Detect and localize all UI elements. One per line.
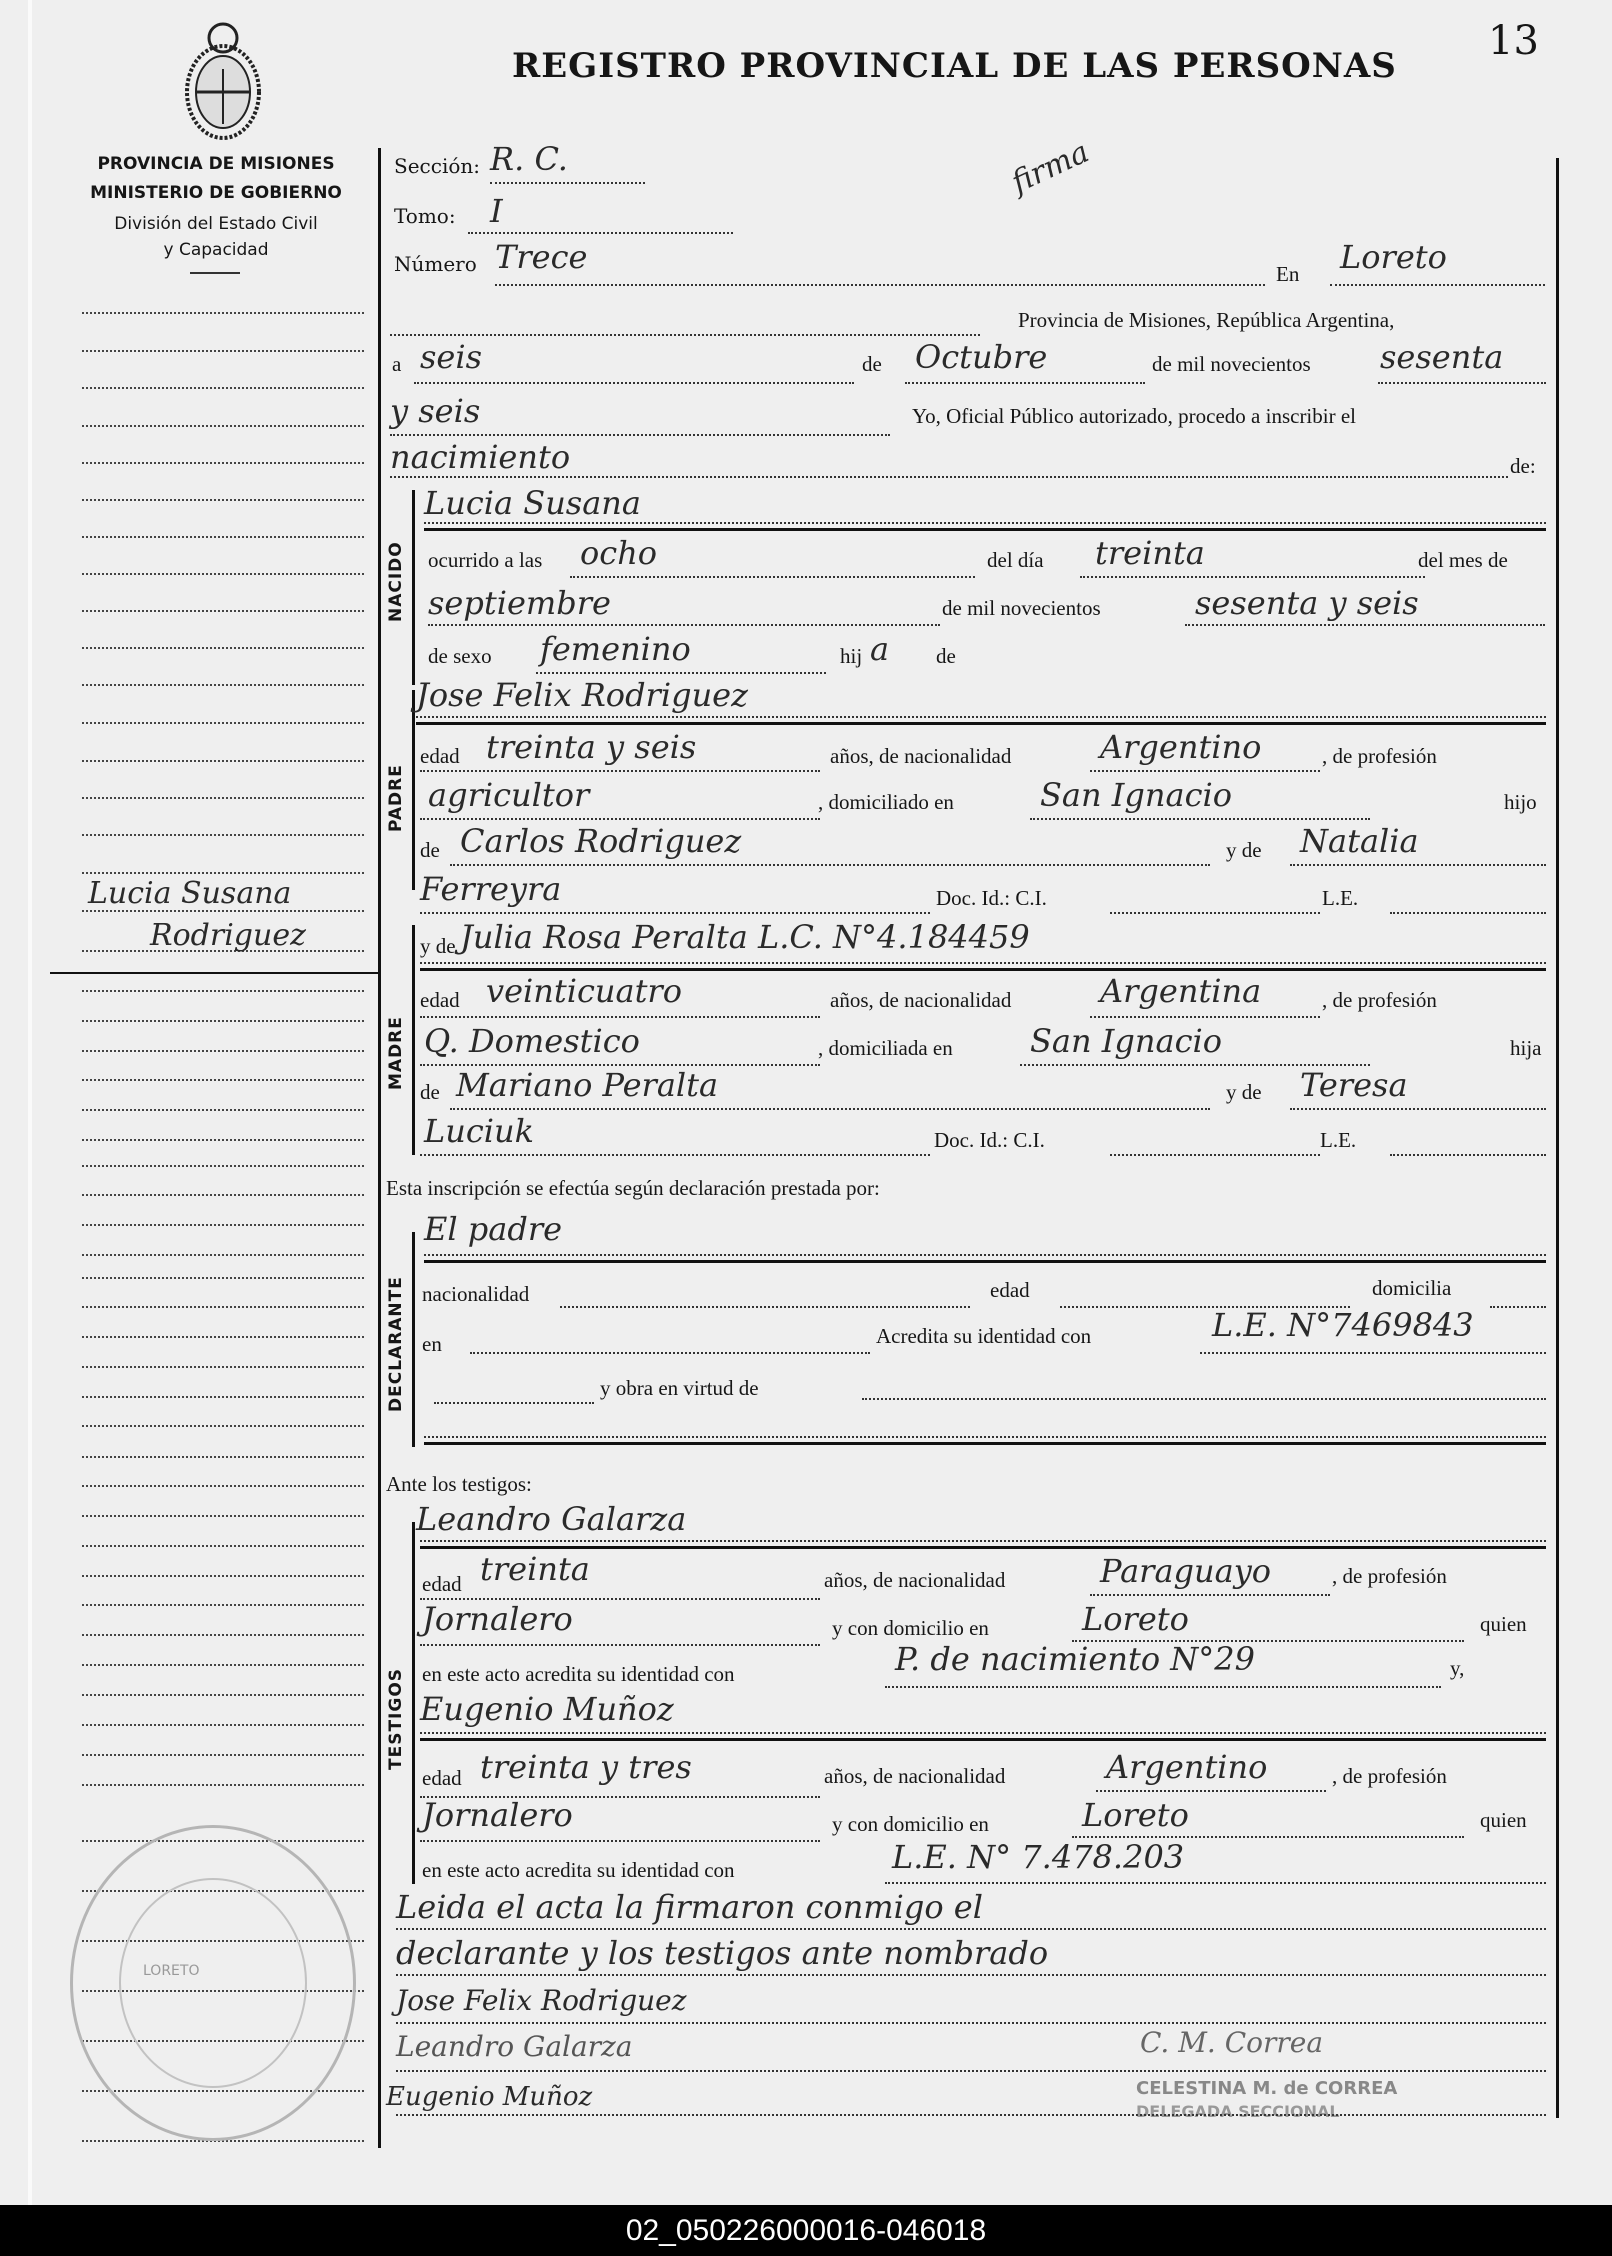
divider: [420, 968, 1546, 971]
seccion-value[interactable]: R. C.: [490, 140, 568, 178]
declarante-obra-label: y obra en virtud de: [600, 1376, 759, 1401]
field-line: [1090, 1594, 1330, 1596]
margin-line: [82, 1306, 364, 1308]
day-value[interactable]: seis: [420, 338, 482, 376]
field-line: [420, 1644, 820, 1646]
field-line: [1290, 1108, 1546, 1110]
section-label-nacido: NACIDO: [386, 541, 406, 622]
witness-1-name-value[interactable]: Leandro Galarza: [416, 1500, 686, 1538]
section-bar: [412, 1232, 415, 1447]
madre-profesion-value[interactable]: Q. Domestico: [424, 1022, 640, 1060]
right-frame-line: [1556, 158, 1559, 2118]
divider: [420, 1546, 1546, 1549]
margin-line: [82, 1634, 364, 1636]
document-title: REGISTRO PROVINCIAL DE LAS PERSONAS: [512, 46, 1397, 86]
field-line: [420, 912, 930, 914]
margin-line: [82, 1277, 364, 1279]
provincia-text: Provincia de Misiones, República Argenti…: [1018, 308, 1394, 333]
padre-profesion-label: , de profesión: [1322, 744, 1437, 769]
mil-label: de mil novecientos: [1152, 352, 1311, 377]
field-line: [1090, 770, 1320, 772]
witness-1-acredita-label: en este acto acredita su identidad con: [422, 1662, 735, 1687]
padre-y-de-label: y de: [1226, 838, 1262, 863]
madre-madre-value-2[interactable]: Luciuk: [424, 1112, 534, 1150]
margin-line: [82, 872, 364, 874]
field-line: [424, 1436, 1546, 1438]
field-line: [434, 1402, 594, 1404]
padre-de-label: de: [420, 838, 440, 863]
witness-2-nacionalidad-value[interactable]: Argentino: [1106, 1748, 1267, 1786]
madre-le-label: L.E.: [1320, 1128, 1356, 1153]
padre-doc-label: Doc. Id.: C.I.: [936, 886, 1047, 911]
madre-domicilio-label: , domiciliada en: [818, 1036, 953, 1061]
witness-1-edad-label: edad: [422, 1572, 462, 1597]
field-line: [495, 284, 1265, 286]
margin-line: [82, 387, 364, 389]
document-page: REGISTRO PROVINCIAL DE LAS PERSONAS 13 P…: [0, 0, 1612, 2205]
field-line: [390, 334, 980, 336]
margin-line: [82, 1366, 364, 1368]
en-value[interactable]: Loreto: [1340, 238, 1447, 276]
padre-hijo-label: hijo: [1504, 790, 1537, 815]
margin-line: [82, 610, 364, 612]
testigos-intro: Ante los testigos:: [386, 1472, 532, 1497]
margin-line: [82, 1515, 364, 1517]
section-label-testigos: TESTIGOS: [386, 1668, 406, 1770]
de-label: de: [862, 352, 882, 377]
madre-madre-value-1[interactable]: Teresa: [1300, 1066, 1408, 1104]
margin-line: [82, 499, 364, 501]
declarante-en-label: en: [422, 1332, 442, 1357]
margin-line: [82, 990, 364, 992]
field-line: [1080, 576, 1425, 578]
margin-line: [82, 1724, 364, 1726]
divider: [190, 272, 240, 274]
padre-profesion-value[interactable]: agricultor: [428, 776, 589, 814]
section-bar: [412, 925, 415, 1155]
madre-edad-label: edad: [420, 988, 460, 1013]
month-born-value[interactable]: septiembre: [428, 584, 611, 622]
margin-line: [82, 1224, 364, 1226]
field-line: [1390, 912, 1546, 914]
madre-edad-value[interactable]: veinticuatro: [486, 972, 682, 1010]
witness-1-domicilio-value[interactable]: Loreto: [1082, 1600, 1189, 1638]
declarante-domicilia-label: domicilia: [1372, 1276, 1451, 1301]
field-line: [390, 476, 1508, 478]
field-line: [450, 1108, 1210, 1110]
margin-line: [82, 1425, 364, 1427]
signature-witness-2: Eugenio Muñoz: [386, 2082, 592, 2112]
field-line: [468, 232, 733, 234]
official-stamp-name: CELESTINA M. de CORREA: [1136, 2078, 1397, 2099]
witness-1-profesion-value[interactable]: Jornalero: [422, 1600, 573, 1638]
field-line: [1110, 912, 1320, 914]
field-line: [396, 2114, 1546, 2116]
month-value[interactable]: Octubre: [915, 338, 1047, 376]
section-label-madre: MADRE: [386, 1016, 406, 1090]
divider: [424, 528, 1546, 531]
tomo-value[interactable]: I: [490, 192, 503, 230]
madre-de-label: de: [420, 1080, 440, 1105]
nacido-name-value[interactable]: Lucia Susana: [424, 484, 641, 522]
official-stamp-title: DELEGADA SECCIONAL: [1136, 2102, 1340, 2121]
hij-label: hij: [840, 644, 862, 669]
margin-line: [82, 1336, 364, 1338]
en-label: En: [1276, 262, 1299, 287]
madre-nacionalidad-value[interactable]: Argentina: [1100, 972, 1261, 1010]
padre-padre-value[interactable]: Carlos Rodriguez: [460, 822, 741, 860]
witness-2-domicilio-label: y con domicilio en: [832, 1812, 989, 1837]
witness-1-edad-value[interactable]: treinta: [480, 1550, 590, 1588]
padre-le-label: L.E.: [1322, 886, 1358, 911]
seal-inner-ring: [119, 1878, 307, 2088]
madre-hija-label: hija: [1510, 1036, 1542, 1061]
sexo-value[interactable]: femenino: [540, 630, 691, 668]
field-line: [1185, 624, 1545, 626]
padre-madre-value-1[interactable]: Natalia: [1300, 822, 1419, 860]
field-line: [420, 818, 820, 820]
witness-2-name-value[interactable]: Eugenio Muñoz: [420, 1690, 674, 1728]
margin-divider: [50, 972, 378, 974]
madre-name-value[interactable]: Julia Rosa Peralta L.C. N°4.184459: [460, 918, 1030, 956]
declarante-name-value[interactable]: El padre: [424, 1210, 562, 1248]
margin-line: [82, 462, 364, 464]
field-line: [885, 1686, 1441, 1688]
field-line: [862, 1398, 1546, 1400]
document-id-footer: 02_050226000016-046018: [0, 2205, 1612, 2256]
margin-line: [82, 722, 364, 724]
de-colon: de:: [1510, 454, 1536, 479]
margin-line: [82, 1485, 364, 1487]
padre-edad-label: edad: [420, 744, 460, 769]
margin-line: [82, 1396, 364, 1398]
year-value-2[interactable]: y seis: [390, 392, 480, 430]
margin-line: [82, 1020, 364, 1022]
field-line: [420, 1840, 820, 1842]
tomo-label: Tomo:: [394, 204, 456, 228]
hij-suffix[interactable]: a: [870, 630, 889, 668]
field-line: [414, 382, 854, 384]
signature-official: C. M. Correa: [1140, 2026, 1323, 2059]
declarante-nacionalidad-label: nacionalidad: [422, 1282, 529, 1307]
mil-label: de mil novecientos: [942, 596, 1101, 621]
hour-value[interactable]: ocho: [580, 534, 657, 572]
field-line: [490, 182, 645, 184]
margin-line: [82, 1254, 364, 1256]
field-line: [1490, 1306, 1546, 1308]
field-line: [1290, 864, 1546, 866]
numero-label: Número: [394, 252, 477, 276]
field-line: [420, 1732, 1546, 1734]
sexo-label: de sexo: [428, 644, 492, 669]
declarante-acredita-value[interactable]: L.E. N°7469843: [1212, 1306, 1474, 1344]
divider: [424, 1260, 1546, 1263]
field-line: [396, 2022, 1546, 2024]
margin-line: [82, 1079, 364, 1081]
margin-line: [82, 647, 364, 649]
padre-edad-value[interactable]: treinta y seis: [486, 728, 696, 766]
divider: [416, 722, 1546, 725]
field-line: [1096, 1790, 1326, 1792]
institution-line-3: División del Estado Civil: [66, 214, 366, 234]
margin-line: [82, 1545, 364, 1547]
field-line: [536, 672, 826, 674]
field-line: [424, 1254, 1546, 1256]
day-born-value[interactable]: treinta: [1095, 534, 1205, 572]
madre-doc-label: Doc. Id.: C.I.: [934, 1128, 1045, 1153]
margin-line: [82, 1050, 364, 1052]
institution-line-4: y Capacidad: [66, 240, 366, 260]
field-line: [420, 1154, 930, 1156]
padre-name-value[interactable]: Jose Felix Rodriguez: [416, 676, 748, 714]
field-line: [1030, 818, 1370, 820]
padre-nacionalidad-value[interactable]: Argentino: [1100, 728, 1261, 766]
margin-line: [82, 760, 364, 762]
margin-line: [82, 1575, 364, 1577]
witness-2-edad-label: edad: [422, 1766, 462, 1791]
declarante-intro: Esta inscripción se efectúa según declar…: [386, 1176, 880, 1201]
section-bar: [412, 690, 415, 890]
closing-line-2[interactable]: declarante y los testigos ante nombrado: [396, 1934, 1048, 1972]
witness-2-anos-label: años, de nacionalidad: [824, 1764, 1005, 1789]
field-line: [570, 576, 975, 578]
year-value-1[interactable]: sesenta: [1380, 338, 1503, 376]
padre-domicilio-value[interactable]: San Ignacio: [1040, 776, 1232, 814]
margin-line: [82, 1604, 364, 1606]
margin-line: [82, 1754, 364, 1756]
witness-1-acredita-value[interactable]: P. de nacimiento N°29: [895, 1640, 1255, 1678]
divider: [424, 1442, 1546, 1445]
madre-profesion-label: , de profesión: [1322, 988, 1437, 1013]
numero-value[interactable]: Trece: [495, 238, 587, 276]
yo-text: Yo, Oficial Público autorizado, procedo …: [912, 404, 1356, 429]
de-label: de: [936, 644, 956, 669]
a-label: a: [392, 352, 401, 377]
field-line: [390, 434, 890, 436]
field-line: [428, 624, 940, 626]
margin-note-line-1: Lucia Susana: [88, 876, 291, 911]
witness-2-domicilio-value[interactable]: Loreto: [1082, 1796, 1189, 1834]
witness-1-nacionalidad-value[interactable]: Paraguayo: [1100, 1552, 1271, 1590]
margin-note-line-2: Rodriguez: [150, 918, 306, 953]
field-line: [1090, 1016, 1320, 1018]
field-line: [470, 1352, 870, 1354]
margin-line: [82, 1194, 364, 1196]
section-bar: [412, 490, 415, 685]
witness-1-domicilio-label: y con domicilio en: [832, 1616, 989, 1641]
field-line: [420, 962, 1546, 964]
margin-line: [82, 1139, 364, 1141]
signature-witness-1: Leandro Galarza: [396, 2030, 633, 2063]
madre-domicilio-value[interactable]: San Ignacio: [1030, 1022, 1222, 1060]
witness-2-quien-label: quien: [1480, 1808, 1527, 1833]
del-dia-label: del día: [987, 548, 1044, 573]
field-line: [1200, 1352, 1546, 1354]
margin-line: [82, 350, 364, 352]
field-line: [1378, 382, 1546, 384]
margin-line: [82, 1664, 364, 1666]
field-line: [1110, 1154, 1320, 1156]
year-born-value[interactable]: sesenta y seis: [1195, 584, 1419, 622]
coat-of-arms-icon: [180, 14, 266, 142]
field-line: [396, 1928, 1546, 1930]
field-line: [396, 1974, 1546, 1976]
closing-line-1[interactable]: Leida el acta la firmaron conmigo el: [396, 1888, 983, 1926]
field-line: [416, 716, 1546, 718]
margin-line: [82, 1456, 364, 1458]
margin-line: [82, 834, 364, 836]
madre-y-de-label: y de: [420, 934, 456, 959]
padre-anos-label: años, de nacionalidad: [830, 744, 1011, 769]
field-line: [420, 770, 820, 772]
padre-madre-value-2[interactable]: Ferreyra: [420, 870, 561, 908]
institution-line-2: MINISTERIO DE GOBIERNO: [66, 183, 366, 203]
madre-padre-value[interactable]: Mariano Peralta: [456, 1066, 718, 1104]
page-number: 13: [1488, 18, 1539, 64]
margin-line: [82, 1109, 364, 1111]
field-line: [420, 1016, 820, 1018]
margin-line: [82, 797, 364, 799]
field-line: [396, 2070, 1546, 2072]
padre-domicilio-label: , domiciliado en: [818, 790, 954, 815]
del-mes-label: del mes de: [1418, 548, 1508, 573]
section-label-padre: PADRE: [386, 764, 406, 832]
margin-line: [82, 425, 364, 427]
margin-line: [82, 573, 364, 575]
witness-2-acredita-value[interactable]: L.E. N° 7.478.203: [892, 1838, 1184, 1876]
field-line: [1330, 284, 1545, 286]
witness-2-profesion-label: , de profesión: [1332, 1764, 1447, 1789]
margin-line: [82, 1784, 364, 1786]
madre-y-de2-label: y de: [1226, 1080, 1262, 1105]
field-line: [420, 1540, 1546, 1542]
margin-line: [82, 312, 364, 314]
page-edge: [28, 0, 32, 2205]
margin-line: [82, 1165, 364, 1167]
institution-line-1: PROVINCIA DE MISIONES: [66, 154, 366, 174]
divider: [420, 1738, 1546, 1741]
left-frame-line: [378, 148, 381, 2148]
witness-1-profesion-label: , de profesión: [1332, 1564, 1447, 1589]
witness-2-profesion-value[interactable]: Jornalero: [422, 1796, 573, 1834]
margin-line: [82, 536, 364, 538]
witness-1-quien-label: quien: [1480, 1612, 1527, 1637]
witness-1-anos-label: años, de nacionalidad: [824, 1568, 1005, 1593]
field-line: [1390, 1154, 1546, 1156]
madre-anos-label: años, de nacionalidad: [830, 988, 1011, 1013]
field-line: [560, 1306, 970, 1308]
field-line: [450, 864, 1210, 866]
seccion-label: Sección:: [394, 154, 480, 178]
declarante-edad-label: edad: [990, 1278, 1030, 1303]
margin-line: [82, 684, 364, 686]
margin-line: [82, 1694, 364, 1696]
witness-2-acredita-label: en este acto acredita su identidad con: [422, 1858, 735, 1883]
official-seal: LORETO: [70, 1825, 356, 2141]
ocurrido-label: ocurrido a las: [428, 548, 542, 573]
section-label-declarante: DECLARANTE: [386, 1276, 406, 1412]
signature-top: firma: [1006, 135, 1094, 201]
acto-value[interactable]: nacimiento: [390, 438, 570, 476]
declarante-acredita-label: Acredita su identidad con: [876, 1324, 1091, 1349]
field-line: [885, 1882, 1546, 1884]
section-bar: [412, 1522, 415, 1884]
signature-padre: Jose Felix Rodriguez: [396, 1984, 686, 2017]
witness-1-y-label: y,: [1450, 1656, 1464, 1681]
field-line: [424, 522, 1546, 524]
seal-text: LORETO: [143, 1963, 199, 1979]
witness-2-edad-value[interactable]: treinta y tres: [480, 1748, 692, 1786]
field-line: [905, 382, 1145, 384]
